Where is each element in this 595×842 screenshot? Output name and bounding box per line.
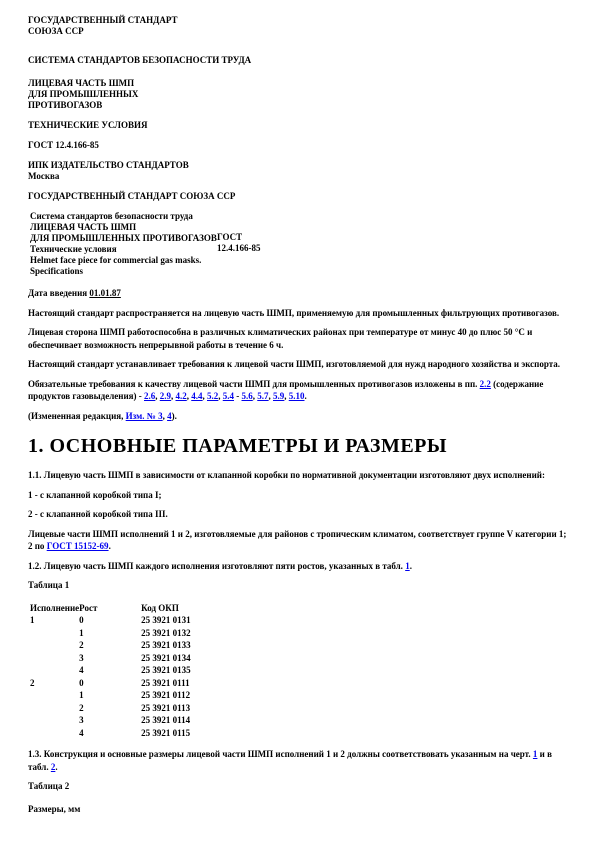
- table-row: 425 3921 0135: [30, 664, 191, 677]
- table-cell: [30, 627, 79, 640]
- table-cell: 2: [79, 639, 141, 652]
- table-cell: [30, 664, 79, 677]
- table-cell: 25 3921 0114: [141, 714, 191, 727]
- table-1-caption: Таблица 1: [28, 579, 567, 592]
- clause-tropics: Лицевые части ШМП исполнений 1 и 2, изго…: [28, 528, 567, 553]
- text-segment: .: [109, 541, 111, 551]
- inline-reference-link[interactable]: 2.9: [160, 391, 171, 401]
- table-cell: [30, 714, 79, 727]
- masthead-line-2: СОЮЗА ССР: [28, 26, 567, 37]
- intro-paragraph-1: Настоящий стандарт распространяется на л…: [28, 307, 567, 320]
- text-segment: Обязательные требования к качеству лицев…: [28, 379, 480, 389]
- table-1: Исполнение Рост Код ОКП 1025 3921 013112…: [30, 602, 191, 740]
- intro-paragraph-5: (Измененная редакция, Изм. № 3, 4).: [28, 410, 567, 423]
- publisher-city: Москва: [28, 171, 567, 182]
- effective-date-line: Дата введения 01.01.87: [28, 287, 567, 300]
- text-segment: 1.3. Конструкция и основные размеры лице…: [28, 749, 533, 759]
- intro-paragraph-4: Обязательные требования к качеству лицев…: [28, 378, 567, 403]
- table-cell: [30, 702, 79, 715]
- intro-paragraph-2: Лицевая сторона ШМП работоспособна в раз…: [28, 326, 567, 351]
- table-cell: 25 3921 0134: [141, 652, 191, 665]
- text-segment: 1.2. Лицевую часть ШМП каждого исполнени…: [28, 561, 405, 571]
- table-cell: 0: [79, 614, 141, 627]
- clause-1-1-item-1: 1 - с клапанной коробкой типа I;: [28, 489, 567, 502]
- inline-reference-link[interactable]: 5.2: [207, 391, 218, 401]
- document-page: ГОСУДАРСТВЕННЫЙ СТАНДАРТ СОЮЗА ССР СИСТЕ…: [0, 0, 595, 815]
- table-1-header-rost: Рост: [79, 602, 141, 615]
- inline-reference-link[interactable]: 5.9: [273, 391, 284, 401]
- union-standard-title: ГОСУДАРСТВЕННЫЙ СТАНДАРТ СОЮЗА ССР: [28, 191, 567, 202]
- inline-reference-link[interactable]: 2.2: [480, 379, 491, 389]
- clause-1-2: 1.2. Лицевую часть ШМП каждого исполнени…: [28, 560, 567, 573]
- text-segment: ).: [172, 411, 177, 421]
- title-block-system: Система стандартов безопасности труда: [30, 211, 567, 222]
- table-cell: 25 3921 0133: [141, 639, 191, 652]
- table-cell: 25 3921 0113: [141, 702, 191, 715]
- publisher-block: ИПК ИЗДАТЕЛЬСТВО СТАНДАРТОВ Москва: [28, 160, 567, 182]
- sizes-units-label: Размеры, мм: [28, 803, 567, 816]
- table-1-header-ispolnenie: Исполнение: [30, 602, 79, 615]
- clause-1-1: 1.1. Лицевую часть ШМП в зависимости от …: [28, 469, 567, 482]
- table-cell: 3: [79, 652, 141, 665]
- text-segment: .: [305, 391, 307, 401]
- inline-reference-link[interactable]: 4.2: [176, 391, 187, 401]
- inline-reference-link[interactable]: 4.4: [191, 391, 202, 401]
- title-block-gost-label: ГОСТ: [217, 232, 261, 243]
- table-cell: 25 3921 0111: [141, 677, 191, 690]
- table-cell: [30, 689, 79, 702]
- masthead-line-1: ГОСУДАРСТВЕННЫЙ СТАНДАРТ: [28, 15, 567, 26]
- table-cell: [30, 727, 79, 740]
- gost-number: ГОСТ 12.4.166-85: [28, 140, 567, 151]
- title-block-name-2: ДЛЯ ПРОМЫШЛЕННЫХ ПРОТИВОГАЗОВ: [30, 233, 567, 244]
- table-cell: 25 3921 0131: [141, 614, 191, 627]
- text-segment: -: [234, 391, 242, 401]
- table-cell: 1: [30, 614, 79, 627]
- table-row: 125 3921 0112: [30, 689, 191, 702]
- standard-title-block: Система стандартов безопасности труда ЛИ…: [30, 211, 567, 277]
- table-cell: 4: [79, 727, 141, 740]
- text-segment: .: [410, 561, 412, 571]
- table-row: 2025 3921 0111: [30, 677, 191, 690]
- table-row: 225 3921 0133: [30, 639, 191, 652]
- effective-date-label: Дата введения: [28, 288, 89, 298]
- inline-reference-link[interactable]: 5.10: [289, 391, 305, 401]
- inline-reference-link[interactable]: 5.4: [223, 391, 234, 401]
- tech-conditions-title: ТЕХНИЧЕСКИЕ УСЛОВИЯ: [28, 120, 567, 131]
- intro-paragraph-3: Настоящий стандарт устанавливает требова…: [28, 358, 567, 371]
- table-2-caption: Таблица 2: [28, 780, 567, 793]
- inline-reference-link[interactable]: 2.6: [144, 391, 155, 401]
- title-block-en-2: Specifications: [30, 266, 567, 277]
- table-cell: 1: [79, 627, 141, 640]
- title-block-name-1: ЛИЦЕВАЯ ЧАСТЬ ШМП: [30, 222, 567, 233]
- masthead: ГОСУДАРСТВЕННЫЙ СТАНДАРТ СОЮЗА ССР: [28, 15, 567, 37]
- table-cell: 25 3921 0132: [141, 627, 191, 640]
- table-cell: 3: [79, 714, 141, 727]
- doc-title-line-2: ДЛЯ ПРОМЫШЛЕННЫХ: [28, 89, 567, 100]
- table-1-header-kod-okp: Код ОКП: [141, 602, 191, 615]
- text-segment: .: [55, 762, 57, 772]
- clause-1-3: 1.3. Конструкция и основные размеры лице…: [28, 748, 567, 773]
- title-block-gost-column: ГОСТ 12.4.166-85: [217, 232, 261, 254]
- table-cell: 2: [30, 677, 79, 690]
- title-block-tech: Технические условия: [30, 244, 567, 255]
- title-block-gost-number: 12.4.166-85: [217, 243, 261, 254]
- table-cell: 25 3921 0135: [141, 664, 191, 677]
- table-cell: 4: [79, 664, 141, 677]
- table-cell: 25 3921 0115: [141, 727, 191, 740]
- inline-reference-link[interactable]: 5.6: [242, 391, 253, 401]
- table-row: 225 3921 0113: [30, 702, 191, 715]
- table-cell: [30, 639, 79, 652]
- doc-title-line-1: ЛИЦЕВАЯ ЧАСТЬ ШМП: [28, 78, 567, 89]
- effective-date-value: 01.01.87: [89, 288, 121, 298]
- table-row: 1025 3921 0131: [30, 614, 191, 627]
- table-cell: 1: [79, 689, 141, 702]
- title-block-en-1: Helmet face piece for commercial gas mas…: [30, 255, 567, 266]
- text-segment: (Измененная редакция,: [28, 411, 126, 421]
- inline-reference-link[interactable]: ГОСТ 15152-69: [47, 541, 109, 551]
- inline-reference-link[interactable]: Изм. № 3: [126, 411, 163, 421]
- table-cell: 0: [79, 677, 141, 690]
- table-cell: 25 3921 0112: [141, 689, 191, 702]
- table-cell: 2: [79, 702, 141, 715]
- table-row: 425 3921 0115: [30, 727, 191, 740]
- publisher: ИПК ИЗДАТЕЛЬСТВО СТАНДАРТОВ: [28, 160, 567, 171]
- table-row: 125 3921 0132: [30, 627, 191, 640]
- table-row: 325 3921 0134: [30, 652, 191, 665]
- inline-reference-link[interactable]: 5.7: [257, 391, 268, 401]
- clause-1-1-item-2: 2 - с клапанной коробкой типа III.: [28, 508, 567, 521]
- table-1-header-row: Исполнение Рост Код ОКП: [30, 602, 191, 615]
- doc-title: ЛИЦЕВАЯ ЧАСТЬ ШМП ДЛЯ ПРОМЫШЛЕННЫХ ПРОТИ…: [28, 78, 567, 111]
- doc-title-line-3: ПРОТИВОГАЗОВ: [28, 100, 567, 111]
- table-cell: [30, 652, 79, 665]
- table-row: 325 3921 0114: [30, 714, 191, 727]
- table-1-body: 1025 3921 0131125 3921 0132225 3921 0133…: [30, 614, 191, 739]
- system-title: СИСТЕМА СТАНДАРТОВ БЕЗОПАСНОСТИ ТРУДА: [28, 55, 567, 66]
- section-1-heading: 1. ОСНОВНЫЕ ПАРАМЕТРЫ И РАЗМЕРЫ: [28, 435, 567, 457]
